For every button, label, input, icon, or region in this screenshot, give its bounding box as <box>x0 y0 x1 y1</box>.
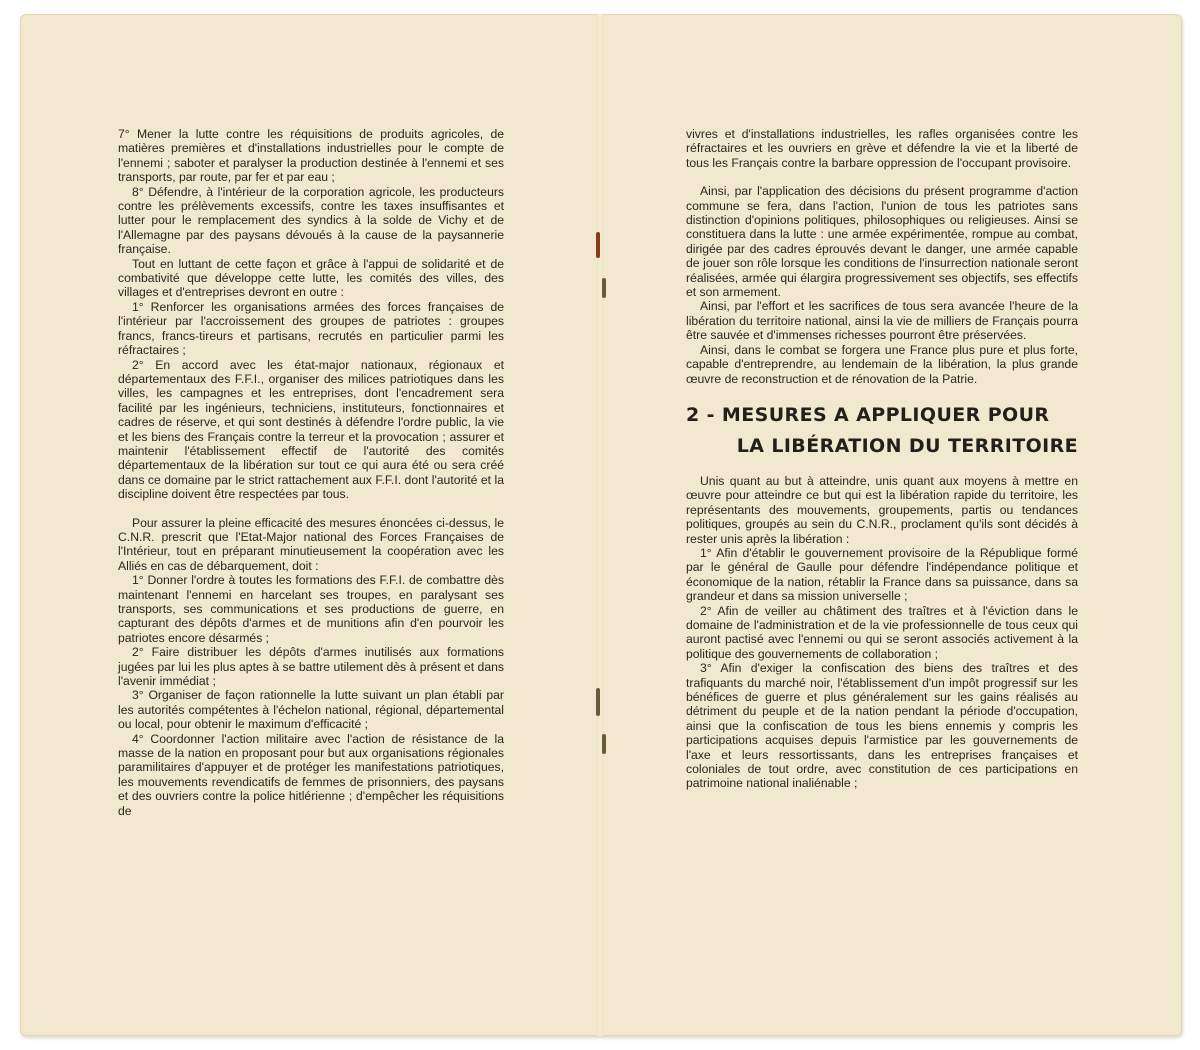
section-heading-line2: LA LIBÉRATION DU TERRITOIRE <box>686 431 1078 462</box>
paragraph: vivres et d'installations industrielles,… <box>686 127 1078 170</box>
right-page-body: Unis quant au but à atteindre, unis quan… <box>686 474 1078 791</box>
section-heading: 2 - MESURES A APPLIQUER POUR LA LIBÉRATI… <box>686 400 1078 462</box>
paragraph: 2° Afin de veiller au châtiment des traî… <box>686 604 1078 662</box>
staple-icon <box>602 278 606 298</box>
rusted-staple-icon <box>596 232 600 258</box>
paragraph: 1° Afin d'établir le gouvernement provis… <box>686 546 1078 604</box>
paragraph: 8° Défendre, à l'intérieur de la corpora… <box>118 185 504 257</box>
paragraph: Unis quant au but à atteindre, unis quan… <box>686 474 1078 546</box>
right-page: vivres et d'installations industrielles,… <box>686 127 1078 791</box>
paragraph: 4° Coordonner l'action militaire avec l'… <box>118 732 504 818</box>
paragraph-gap <box>686 170 1078 184</box>
paragraph: 3° Afin d'exiger la confiscation des bie… <box>686 661 1078 791</box>
section-heading-line1: 2 - MESURES A APPLIQUER POUR <box>686 400 1078 431</box>
left-page: 7° Mener la lutte contre les réquisition… <box>118 127 504 818</box>
paragraph: 2° Faire distribuer les dépôts d'armes i… <box>118 645 504 688</box>
staple-icon <box>602 734 606 754</box>
booklet-spine <box>597 14 603 1036</box>
right-page-intro: vivres et d'installations industrielles,… <box>686 127 1078 386</box>
paragraph: 7° Mener la lutte contre les réquisition… <box>118 127 504 185</box>
paragraph: 1° Donner l'ordre à toutes les formation… <box>118 573 504 645</box>
paragraph: Ainsi, par l'effort et les sacrifices de… <box>686 299 1078 342</box>
paragraph: 2° En accord avec les état-major nationa… <box>118 358 504 502</box>
paragraph: 3° Organiser de façon rationnelle la lut… <box>118 688 504 731</box>
staple-icon <box>596 688 600 716</box>
paragraph-gap <box>118 502 504 516</box>
paragraph: 1° Renforcer les organisations armées de… <box>118 300 504 358</box>
paragraph: Pour assurer la pleine efficacité des me… <box>118 516 504 574</box>
paragraph: Tout en luttant de cette façon et grâce … <box>118 257 504 300</box>
paragraph: Ainsi, dans le combat se forgera une Fra… <box>686 343 1078 386</box>
paragraph: Ainsi, par l'application des décisions d… <box>686 184 1078 299</box>
